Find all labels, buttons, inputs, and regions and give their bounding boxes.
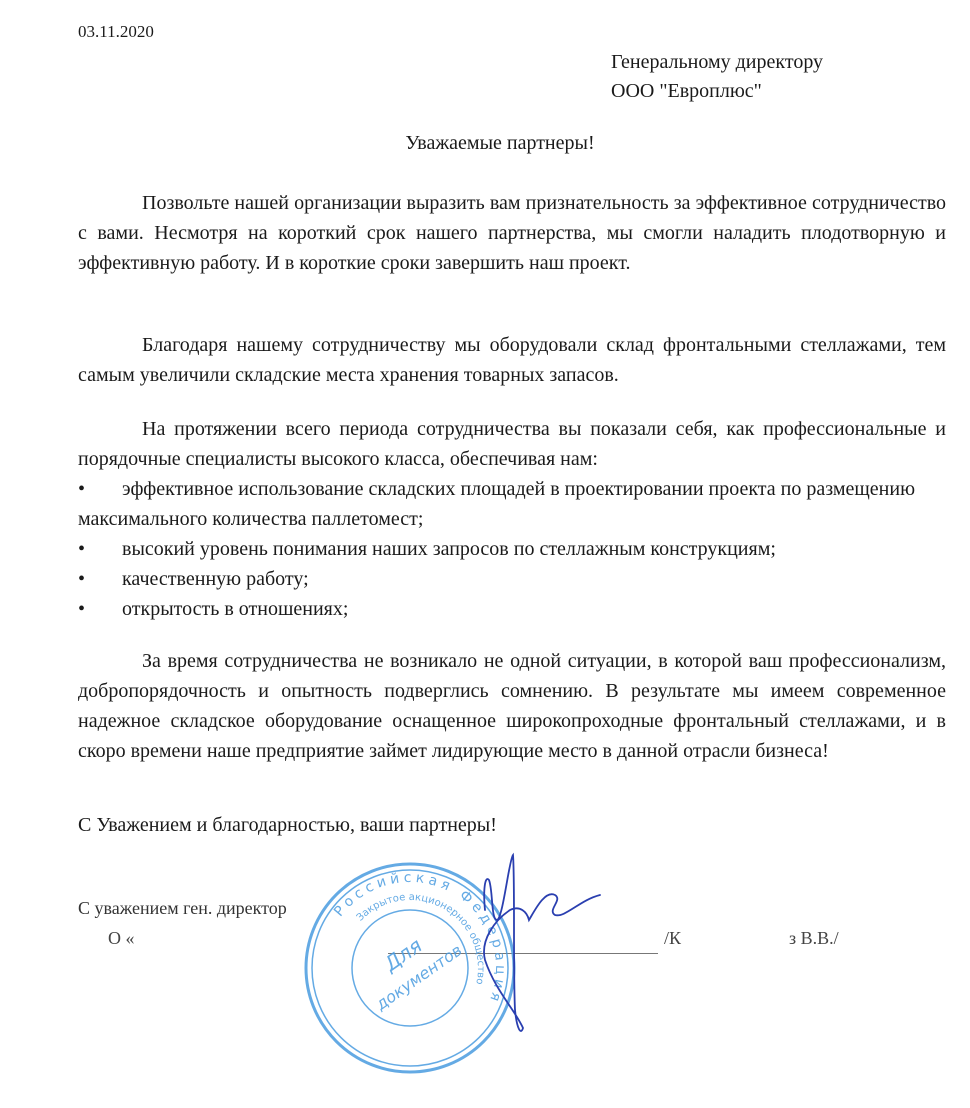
paragraph-period: На протяжении всего периода сотрудничест… — [78, 414, 946, 474]
signature-name-start: /К — [664, 928, 681, 949]
paragraph-text: Благодаря нашему сотрудничеству мы обору… — [78, 330, 946, 390]
salutation: Уважаемые партнеры! — [0, 132, 970, 155]
addressee-block: Генеральному директору ООО "Европлюс" — [611, 48, 823, 106]
paragraph-text: Позвольте нашей организации выразить вам… — [78, 188, 946, 278]
paragraph-text: За время сотрудничества не возникало не … — [78, 646, 946, 766]
list-item: открытость в отношениях; — [78, 594, 946, 624]
paragraph-text: На протяжении всего периода сотрудничест… — [78, 414, 946, 474]
addressee-company: ООО "Европлюс" — [611, 77, 823, 106]
letter-date: 03.11.2020 — [78, 22, 154, 42]
addressee-title: Генеральному директору — [611, 48, 823, 77]
signature-title: С уважением ген. директор — [78, 898, 287, 919]
benefits-list: эффективное использование складских площ… — [78, 474, 946, 624]
handwritten-signature-icon — [455, 850, 605, 1040]
list-item: качественную работу; — [78, 564, 946, 594]
paragraph-warehouse: Благодаря нашему сотрудничеству мы обору… — [78, 330, 946, 390]
paragraph-gratitude: Позвольте нашей организации выразить вам… — [78, 188, 946, 278]
list-item: эффективное использование складских площ… — [78, 474, 946, 534]
signature-company: О « — [108, 928, 135, 949]
signature-name-end: з В.В./ — [789, 928, 839, 949]
closing-line: С Уважением и благодарностью, ваши партн… — [78, 814, 497, 837]
paragraph-result: За время сотрудничества не возникало не … — [78, 646, 946, 766]
list-item: высокий уровень понимания наших запросов… — [78, 534, 946, 564]
